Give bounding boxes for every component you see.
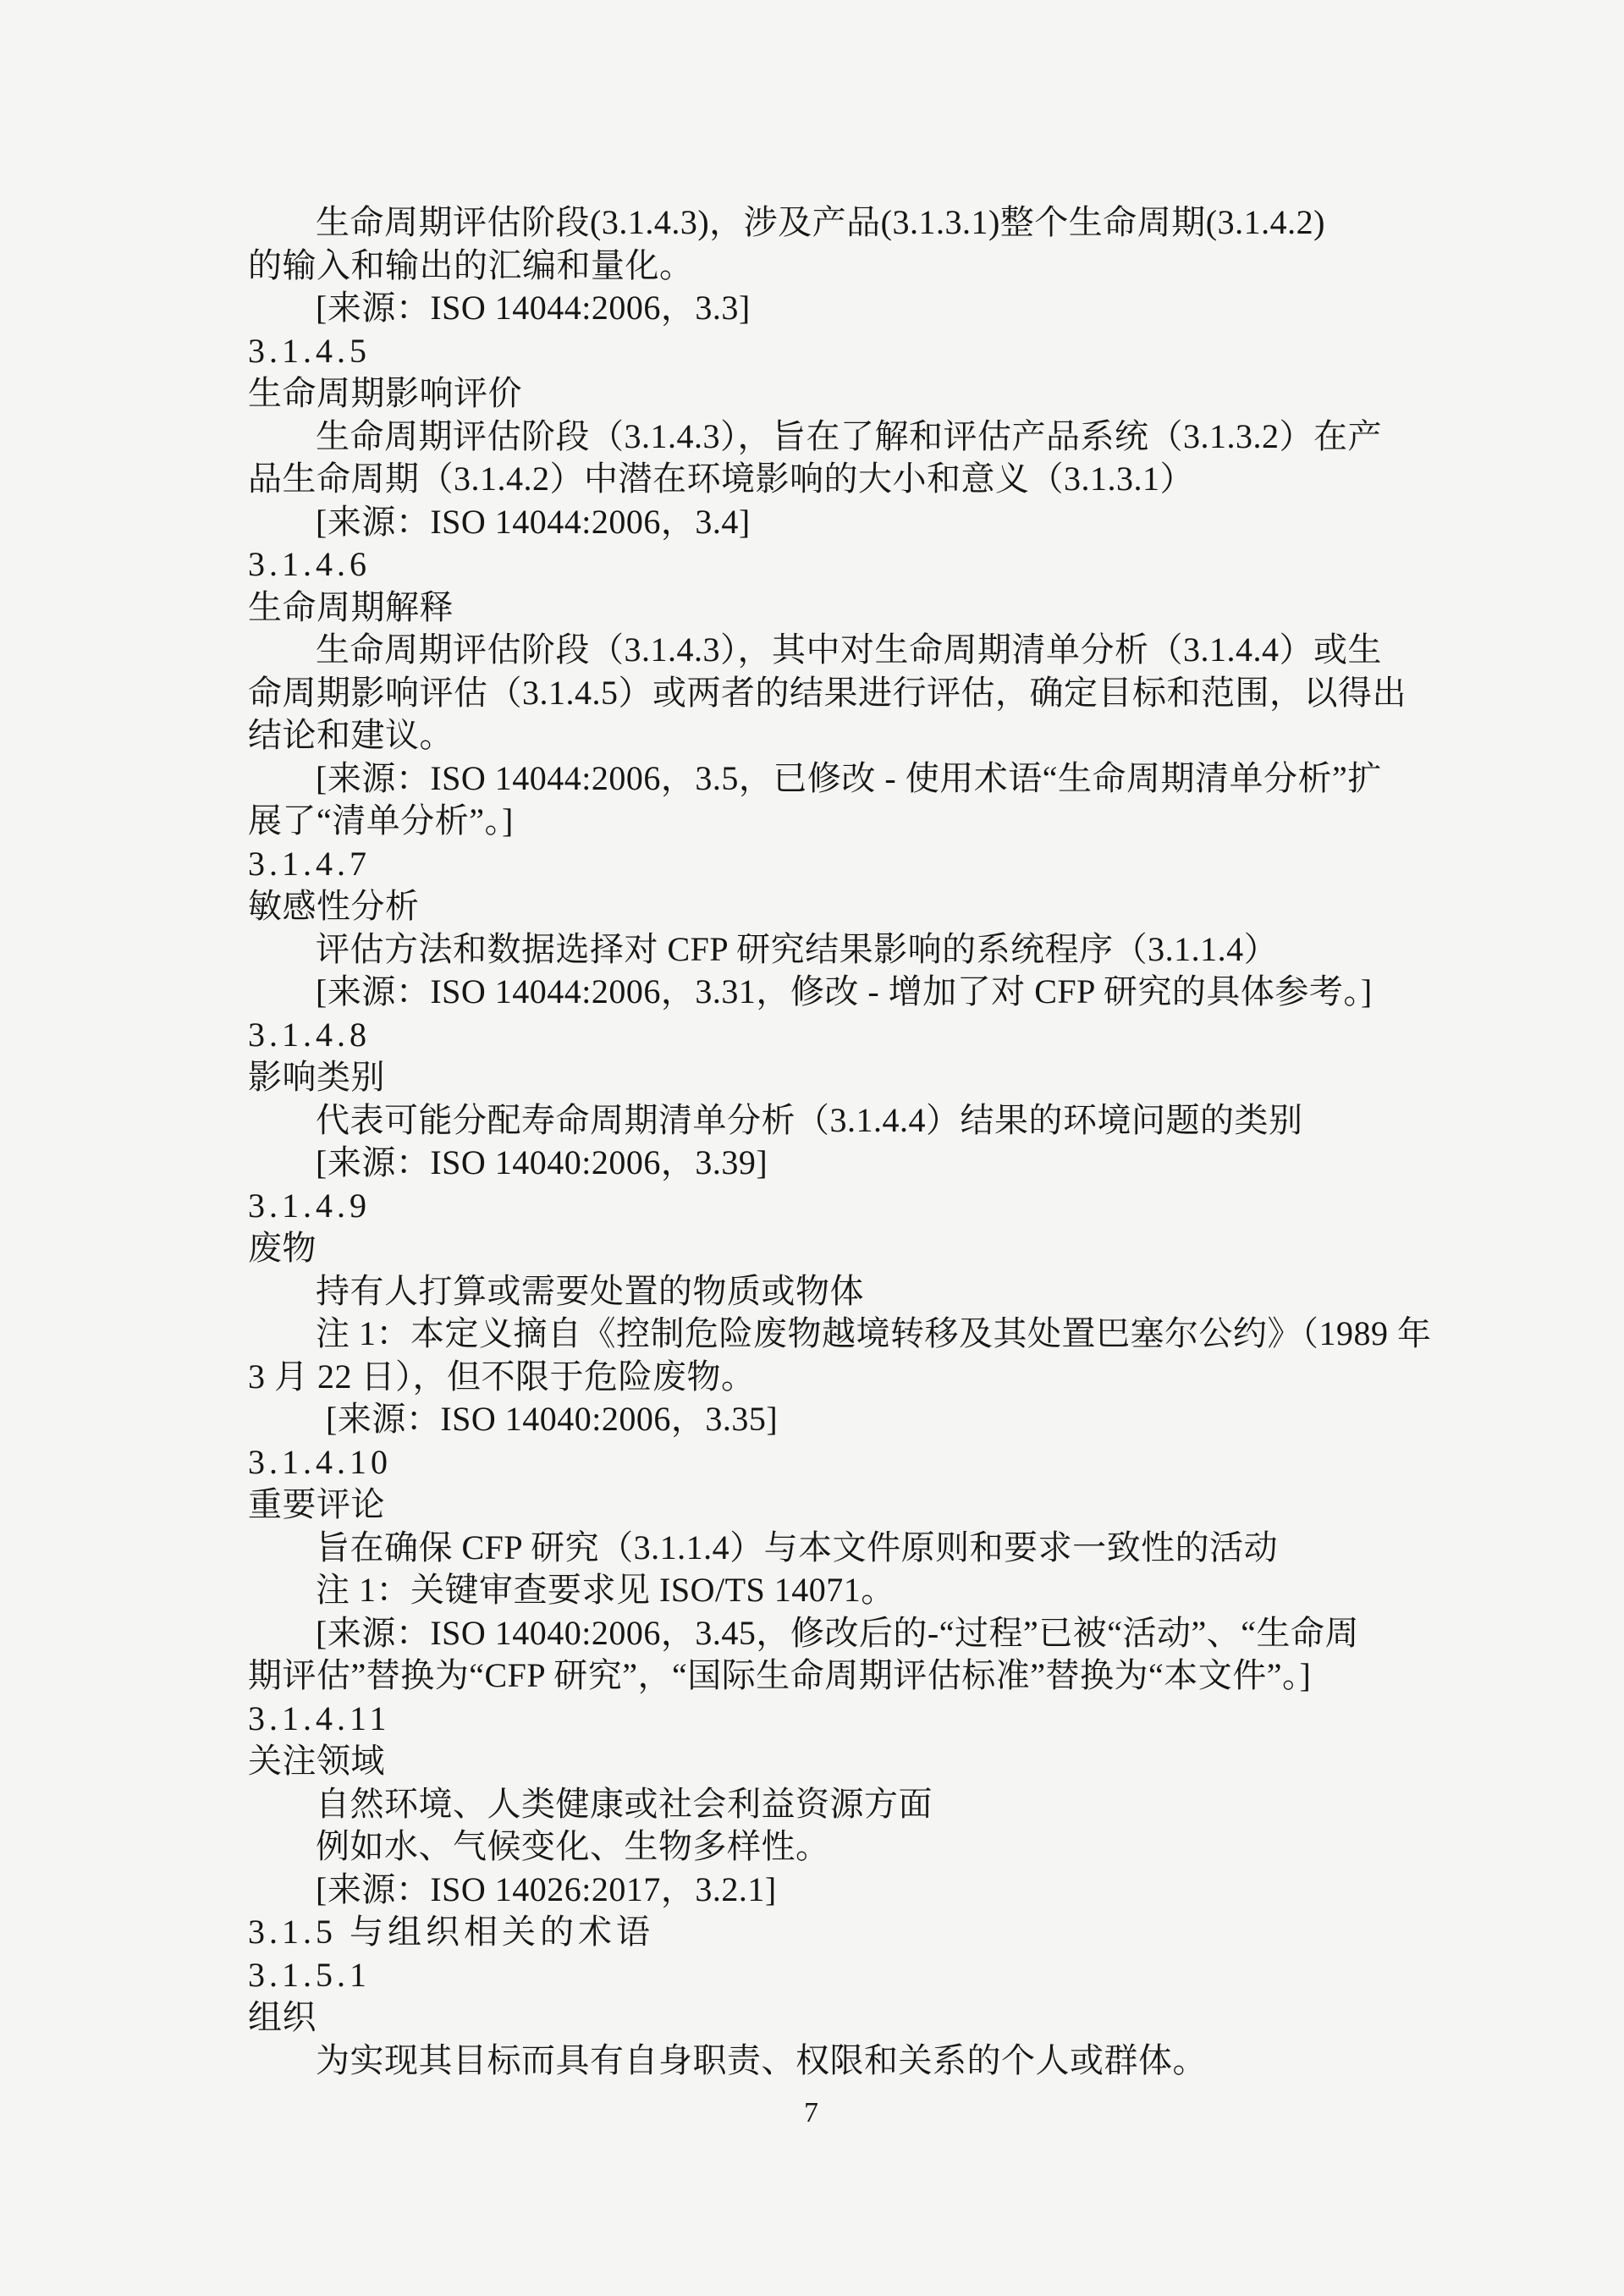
text-line-note: 注 1：关键审查要求见 ISO/TS 14071。 — [248, 1569, 1407, 1612]
text-line-sec: 3.1.4.5 — [248, 330, 1407, 373]
text-line-term: 关注领域 — [248, 1740, 1407, 1783]
text-line-term: 敏感性分析 — [248, 885, 1407, 928]
text-line-sec: 3.1.5 与组织相关的术语 — [248, 1911, 1407, 1954]
text-line-source: [来源：ISO 14040:2006，3.35] — [248, 1398, 1407, 1441]
text-line-sec: 3.1.4.11 — [248, 1698, 1407, 1741]
text-line-term: 重要评论 — [248, 1484, 1407, 1527]
text-line-term: 生命周期影响评价 — [248, 372, 1407, 416]
text-line-term: 组织 — [248, 1996, 1407, 2040]
text-line-body: 的输入和输出的汇编和量化。 — [248, 245, 1407, 288]
text-line-source: [来源：ISO 14026:2017，3.2.1] — [248, 1869, 1407, 1912]
text-line-source: [来源：ISO 14044:2006，3.3] — [248, 287, 1407, 330]
document-page: 生命周期评估阶段(3.1.4.3)，涉及产品(3.1.3.1)整个生命周期(3.… — [0, 0, 1624, 2296]
text-line-source: [来源：ISO 14040:2006，3.45，修改后的-“过程”已被“活动”、… — [248, 1612, 1407, 1655]
text-line-term: 生命周期解释 — [248, 586, 1407, 630]
text-line-body: 生命周期评估阶段(3.1.4.3)，涉及产品(3.1.3.1)整个生命周期(3.… — [248, 201, 1407, 245]
text-line-source: [来源：ISO 14044:2006，3.4] — [248, 501, 1407, 544]
text-line-body: 自然环境、人类健康或社会利益资源方面 — [248, 1783, 1407, 1826]
text-line-term: 影响类别 — [248, 1056, 1407, 1099]
text-line-body: 评估方法和数据选择对 CFP 研究结果影响的系统程序（3.1.1.4） — [248, 928, 1407, 972]
text-line-body: 持有人打算或需要处置的物质或物体 — [248, 1270, 1407, 1313]
text-line-sec: 3.1.4.7 — [248, 843, 1407, 886]
text-line-sec: 3.1.5.1 — [248, 1954, 1407, 1997]
page-number: 7 — [0, 2097, 1624, 2129]
text-line-body: 生命周期评估阶段（3.1.4.3），旨在了解和评估产品系统（3.1.3.2）在产 — [248, 416, 1407, 459]
text-line-body: 例如水、气候变化、生物多样性。 — [248, 1825, 1407, 1869]
text-line-body: 为实现其目标而具有自身职责、权限和关系的个人或群体。 — [248, 2040, 1407, 2083]
text-line-body: 旨在确保 CFP 研究（3.1.1.4）与本文件原则和要求一致性的活动 — [248, 1527, 1407, 1570]
text-line-sec: 3.1.4.8 — [248, 1014, 1407, 1057]
text-line-source: [来源：ISO 14040:2006，3.39] — [248, 1142, 1407, 1185]
text-line-sec: 3.1.4.6 — [248, 543, 1407, 586]
text-line-body: 代表可能分配寿命周期清单分析（3.1.4.4）结果的环境问题的类别 — [248, 1099, 1407, 1142]
text-line-body: 结论和建议。 — [248, 714, 1407, 757]
text-line-sec: 3.1.4.9 — [248, 1185, 1407, 1228]
text-line-source: [来源：ISO 14044:2006，3.5，已修改 - 使用术语“生命周期清单… — [248, 757, 1407, 801]
document-body: 生命周期评估阶段(3.1.4.3)，涉及产品(3.1.3.1)整个生命周期(3.… — [248, 201, 1407, 2082]
text-line-note: 3 月 22 日），但不限于危险废物。 — [248, 1356, 1407, 1399]
text-line-body: 命周期影响评估（3.1.4.5）或两者的结果进行评估，确定目标和范围，以得出 — [248, 672, 1407, 715]
text-line-note: 注 1：本定义摘自《控制危险废物越境转移及其处置巴塞尔公约》（1989 年 — [248, 1313, 1407, 1356]
text-line-body: 品生命周期（3.1.4.2）中潜在环境影响的大小和意义（3.1.3.1） — [248, 458, 1407, 501]
text-line-body: 生命周期评估阶段（3.1.4.3），其中对生命周期清单分析（3.1.4.4）或生 — [248, 629, 1407, 672]
text-line-source: 期评估”替换为“CFP 研究”，“国际生命周期评估标准”替换为“本文件”。] — [248, 1655, 1407, 1698]
text-line-source: [来源：ISO 14044:2006，3.31，修改 - 增加了对 CFP 研究… — [248, 971, 1407, 1014]
text-line-sec: 3.1.4.10 — [248, 1441, 1407, 1484]
text-line-source: 展了“清单分析”。] — [248, 800, 1407, 843]
text-line-term: 废物 — [248, 1227, 1407, 1270]
